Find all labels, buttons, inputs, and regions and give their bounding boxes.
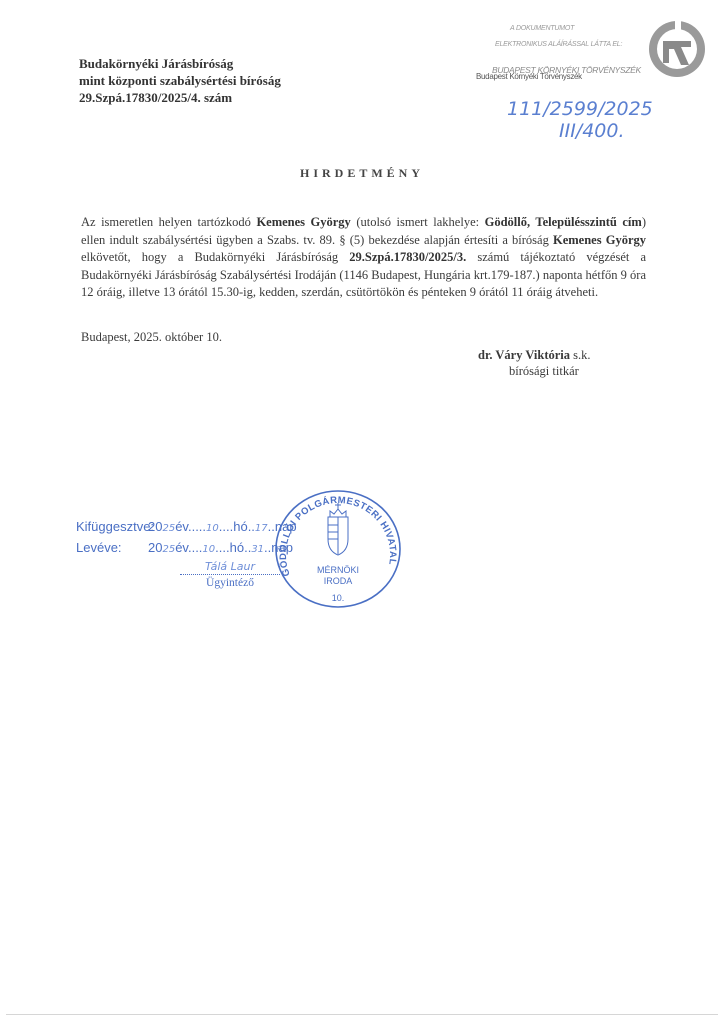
electronic-signature-stamp: A DOKUMENTUMOT ELEKTRONIKUS ALÁÍRÁSSAL L… <box>475 14 724 94</box>
signer-role: bírósági titkár <box>509 364 579 379</box>
body-text: (utolsó ismert lakhelye: <box>351 215 485 229</box>
month-label: hó <box>230 540 244 555</box>
year-prefix: 20 <box>148 540 162 555</box>
stamp-line-4: Budapest Környéki Törvényszék <box>476 72 582 81</box>
year-label: év <box>175 519 188 534</box>
notice-body: Az ismeretlen helyen tartózkodó Kemenes … <box>81 214 646 302</box>
officer-signature: Tálá Laur <box>180 560 280 575</box>
posted-day: 17 <box>255 523 268 534</box>
signer-name: dr. Váry Viktória <box>478 348 570 362</box>
case-number: 29.Szpá.17830/2025/4. szám <box>79 89 281 106</box>
court-header: Budakörnyéki Járásbíróság mint központi … <box>79 55 281 106</box>
offender-name: Kemenes György <box>256 215 350 229</box>
year-prefix: 20 <box>148 519 162 534</box>
body-text: Az ismeretlen helyen tartózkodó <box>81 215 256 229</box>
page-bottom-rule <box>6 1014 718 1015</box>
body-text: elkövetőt, hogy a Budakörnyéki Járásbíró… <box>81 250 349 264</box>
removed-label: Levéve: <box>76 538 148 557</box>
posted-year: 25 <box>162 523 175 534</box>
removed-year: 25 <box>162 544 175 555</box>
signer-line: dr. Váry Viktória s.k. <box>478 348 591 363</box>
signer-suffix: s.k. <box>570 348 591 362</box>
order-number: 29.Szpá.17830/2025/3. <box>349 250 466 264</box>
removed-month: 10 <box>202 544 215 555</box>
posted-label: Kifüggesztve: <box>76 517 148 536</box>
handwritten-ref-line-2: III/400. <box>507 120 653 142</box>
offender-name: Kemenes György <box>553 233 646 247</box>
posted-month: 10 <box>206 523 219 534</box>
seal-number: 10. <box>332 593 345 603</box>
handwritten-reference: 111/2599/2025 III/400. <box>507 98 653 142</box>
officer-block: Tálá Laur Ügyintéző <box>180 560 280 589</box>
removed-row: Levéve:2025év....10....hó..31..nap <box>76 538 297 559</box>
court-logo-icon <box>647 19 707 79</box>
court-role: mint központi szabálysértési bíróság <box>79 72 281 89</box>
court-name: Budakörnyéki Járásbíróság <box>79 55 281 72</box>
month-label: hó <box>233 519 247 534</box>
removed-day: 31 <box>251 544 264 555</box>
posted-row: Kifüggesztve:2025év.....10....hó..17..na… <box>76 517 297 538</box>
municipal-seal: GÖDÖLLŐI POLGÁRMESTERI HIVATAL MÉRNÖKI I… <box>268 487 408 612</box>
officer-role: Ügyintéző <box>180 577 280 589</box>
seal-center-line-1: MÉRNÖKI <box>317 565 359 575</box>
document-title: HIRDETMÉNY <box>0 166 724 181</box>
hungarian-coat-of-arms-icon <box>328 503 348 555</box>
year-label: év <box>175 540 188 555</box>
last-address: Gödöllő, Településszintű cím <box>485 215 642 229</box>
handwritten-ref-line-1: 111/2599/2025 <box>507 98 653 120</box>
posting-stamp: Kifüggesztve:2025év.....10....hó..17..na… <box>76 517 297 559</box>
place-and-date: Budapest, 2025. október 10. <box>81 330 222 345</box>
stamp-line-2: ELEKTRONIKUS ALÁÍRÁSSAL LÁTTA EL: <box>495 41 622 48</box>
seal-center-line-2: IRODA <box>324 576 353 586</box>
stamp-line-1: A DOKUMENTUMOT <box>510 25 574 32</box>
